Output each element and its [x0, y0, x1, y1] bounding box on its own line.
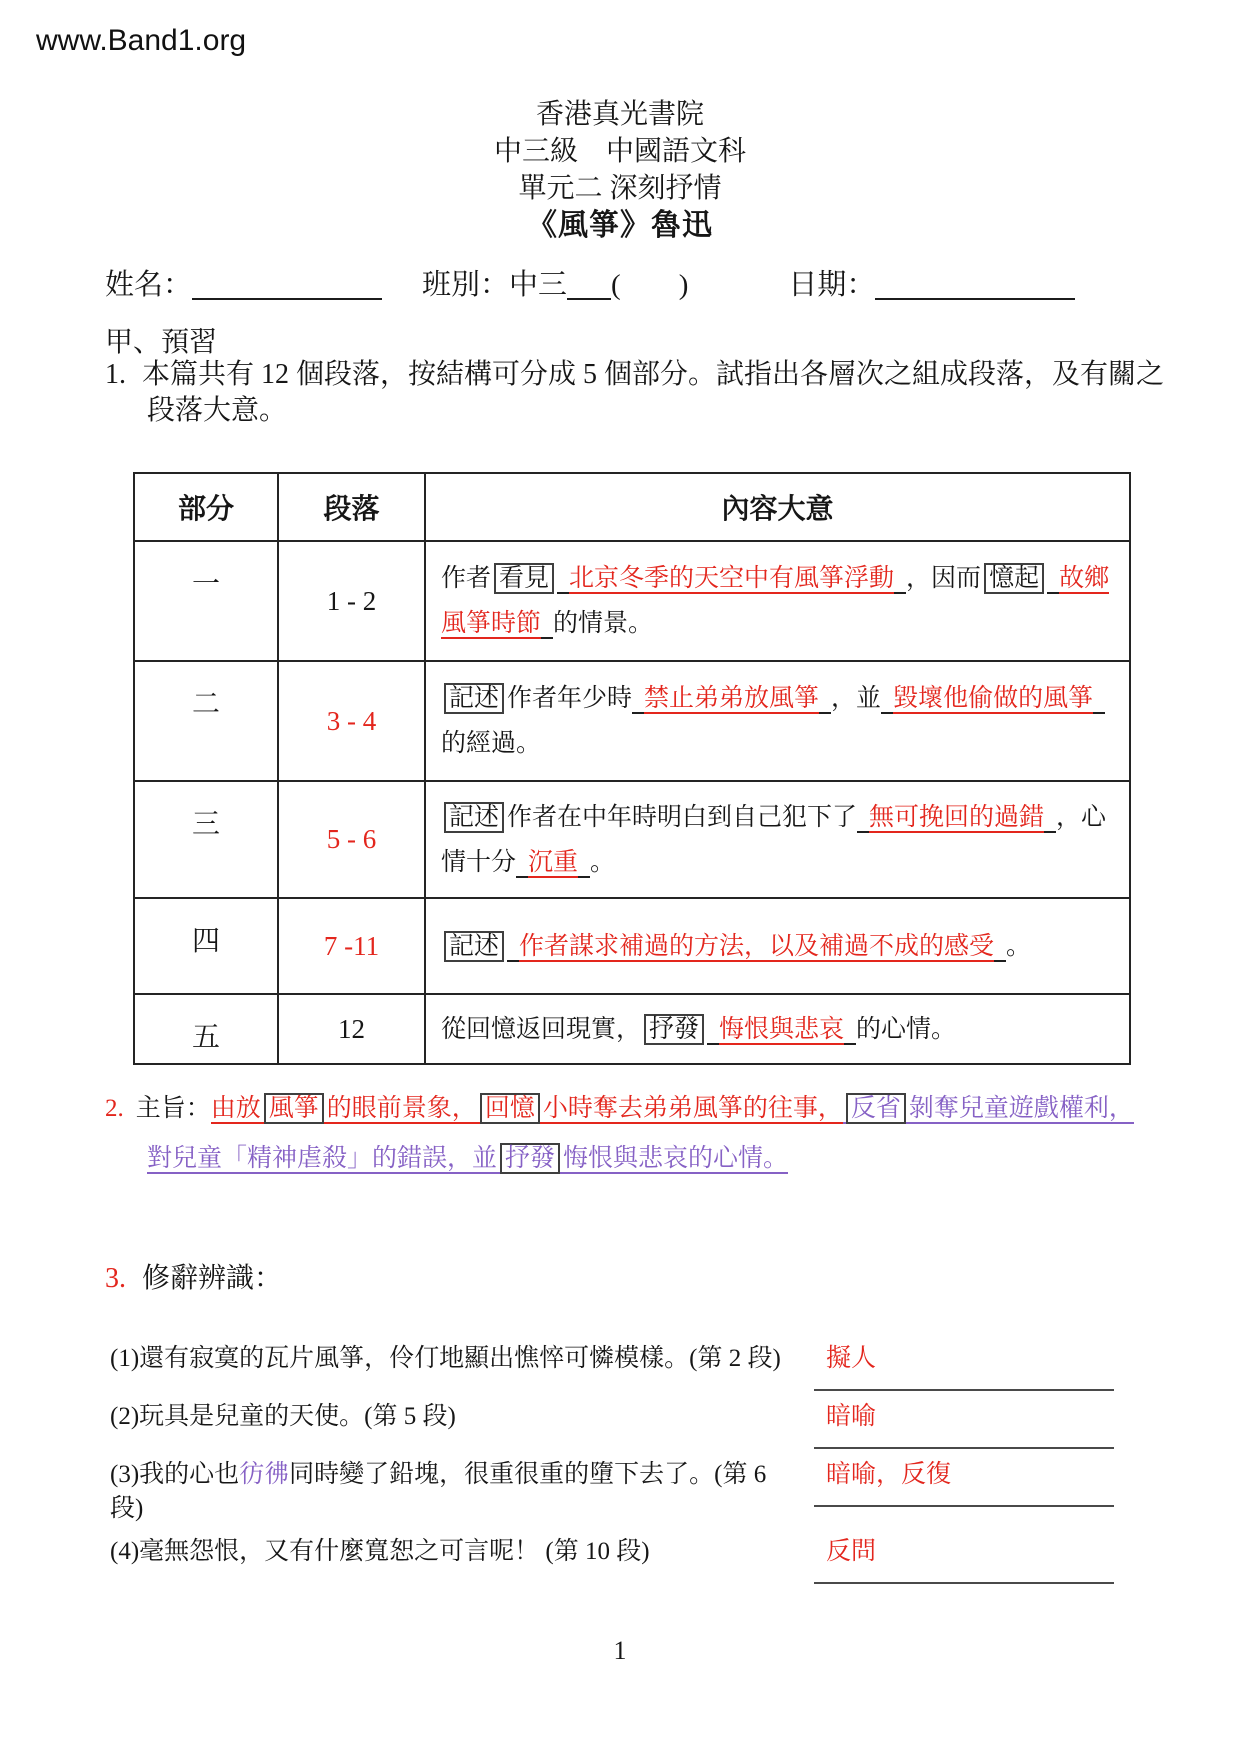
question-3-heading: 3.修辭辨識： — [105, 1256, 282, 1296]
answer-text: 禁止弟弟放風箏 — [644, 685, 819, 714]
text-segment: 的眼前景象， — [327, 1095, 477, 1122]
school-name: 香港真光書院 — [0, 96, 1240, 133]
rhetoric-item-3: (3)我的心也彷彿同時變了鉛塊，很重很重的墮下去了。(第 6 段) 暗喻，反復 — [110, 1456, 1122, 1526]
boxed-term: 記述 — [444, 683, 504, 714]
cell-summary: 作者看見北京冬季的天空中有風箏浮動，因而憶起故鄉風箏時節的情景。 — [425, 541, 1130, 661]
cell-part: 五 — [134, 994, 278, 1064]
rhetoric-item-2: (2)玩具是兒童的天使。(第 5 段) 暗喻 — [110, 1398, 1122, 1449]
text-segment: ，並 — [831, 685, 881, 712]
rhetoric-answer-line: 擬人 — [814, 1340, 1114, 1391]
rhetoric-question: (4)毫無怨恨，又有什麼寬恕之可言呢！ (第 10 段) — [110, 1533, 802, 1569]
class-input-line[interactable] — [567, 268, 611, 300]
boxed-term: 記述 — [444, 931, 504, 962]
q3-number: 3. — [105, 1263, 126, 1294]
structure-table: 部分 段落 內容大意 一1 - 2作者看見北京冬季的天空中有風箏浮動，因而憶起故… — [133, 472, 1131, 1065]
boxed-term: 看見 — [494, 563, 554, 594]
answer-blank: 禁止弟弟放風箏 — [632, 685, 831, 714]
answer-purple-group: 反省剝奪兒童遊戲權利， — [843, 1095, 1134, 1124]
text-segment: 。 — [590, 849, 615, 876]
cell-paragraphs: 1 - 2 — [278, 541, 425, 661]
text-segment: 剝奪兒童遊戲權利， — [909, 1095, 1134, 1122]
student-info-line: 姓名：班別：中三( )日期： — [105, 262, 1075, 303]
boxed-term: 憶起 — [984, 563, 1044, 594]
boxed-term: 回憶 — [480, 1093, 540, 1124]
q2-number: 2. — [105, 1095, 124, 1122]
q2-label: 主旨： — [136, 1095, 211, 1122]
cell-part: 一 — [134, 541, 278, 661]
answer-text: 毀壞他偷做的風箏 — [893, 685, 1093, 714]
answer-red-group: 由放風箏的眼前景象，回憶小時奪去弟弟風箏的往事， — [211, 1095, 843, 1124]
boxed-term: 風箏 — [264, 1093, 324, 1124]
answer-text: 北京冬季的天空中有風箏浮動 — [569, 565, 894, 594]
table-row: 四7 -11記述作者謀求補過的方法，以及補過不成的感受。 — [134, 898, 1130, 994]
col-header-part: 部分 — [134, 473, 278, 541]
table-row: 五12從回憶返回現實，抒發悔恨與悲哀的心情。 — [134, 994, 1130, 1064]
rhetoric-question: (3)我的心也彷彿同時變了鉛塊，很重很重的墮下去了。(第 6 段) — [110, 1456, 802, 1526]
text-segment: 。 — [1006, 933, 1031, 960]
class-label: 班別：中三 — [422, 269, 567, 301]
rhetoric-answer: 暗喻，反復 — [826, 1461, 951, 1488]
name-label: 姓名： — [105, 269, 192, 301]
text-segment: 由放 — [211, 1095, 261, 1122]
answer-text: 悔恨與悲哀 — [719, 1016, 844, 1045]
date-input-line[interactable] — [875, 268, 1075, 300]
rhetoric-answer: 反問 — [826, 1538, 876, 1565]
table-row: 一1 - 2作者看見北京冬季的天空中有風箏浮動，因而憶起故鄉風箏時節的情景。 — [134, 541, 1130, 661]
rhetoric-answer: 擬人 — [826, 1345, 876, 1372]
cell-paragraphs: 12 — [278, 994, 425, 1064]
rhetoric-item-4: (4)毫無怨恨，又有什麼寬恕之可言呢！ (第 10 段) 反問 — [110, 1533, 1122, 1584]
rhetoric-answer-line: 暗喻 — [814, 1398, 1114, 1449]
answer-purple-group: 對兒童「精神虐殺」的錯誤，並抒發悔恨與悲哀的心情。 — [147, 1145, 788, 1174]
table-header-row: 部分 段落 內容大意 — [134, 473, 1130, 541]
date-label: 日期： — [788, 269, 875, 301]
table-row: 三5 - 6記述作者在中年時明白到自己犯下了無可挽回的過錯，心情十分沉重。 — [134, 781, 1130, 898]
rhetoric-answer-line: 反問 — [814, 1533, 1114, 1584]
answer-blank: 北京冬季的天空中有風箏浮動 — [557, 565, 906, 594]
watermark: www.Band1.org — [36, 24, 246, 58]
boxed-term: 記述 — [444, 802, 504, 833]
q2-theme-answer: 由放風箏的眼前景象，回憶小時奪去弟弟風箏的往事，反省剝奪兒童遊戲權利，對兒童「精… — [147, 1095, 1134, 1174]
cell-part: 四 — [134, 898, 278, 994]
cell-summary: 記述作者年少時禁止弟弟放風箏，並毀壞他偷做的風箏的經過。 — [425, 661, 1130, 781]
answer-blank: 毀壞他偷做的風箏 — [881, 685, 1105, 714]
q3-label: 修辭辨識： — [142, 1263, 282, 1294]
rhetoric-item-1: (1)還有寂寞的瓦片風箏，伶仃地顯出憔悴可憐模樣。(第 2 段) 擬人 — [110, 1340, 1122, 1391]
unit-title: 單元二 深刻抒情 — [0, 170, 1240, 207]
answer-blank: 作者謀求補過的方法，以及補過不成的感受 — [507, 933, 1006, 962]
cell-part: 二 — [134, 661, 278, 781]
question-1: 1.本篇共有 12 個段落，按結構可分成 5 個部分。試指出各層次之組成段落，及… — [105, 357, 1173, 429]
text-segment: (3)我的心也 — [110, 1461, 239, 1488]
name-input-line[interactable] — [192, 268, 382, 300]
title-block: 香港真光書院 中三級 中國語文科 單元二 深刻抒情 《風箏》魯迅 — [0, 96, 1240, 244]
text-segment: 作者 — [441, 565, 491, 592]
page-number: 1 — [0, 1636, 1240, 1666]
grade-subject: 中三級 中國語文科 — [0, 133, 1240, 170]
boxed-term: 抒發 — [644, 1014, 704, 1045]
document-title: 《風箏》魯迅 — [0, 207, 1240, 244]
text-segment: 悔恨與悲哀的心情。 — [563, 1145, 788, 1172]
answer-blank: 悔恨與悲哀 — [707, 1016, 856, 1045]
answer-blank: 沉重 — [516, 849, 590, 878]
answer-text: 作者謀求補過的方法，以及補過不成的感受 — [519, 933, 994, 962]
text-segment: ，因而 — [906, 565, 981, 592]
cell-paragraphs: 3 - 4 — [278, 661, 425, 781]
q1-text: 本篇共有 12 個段落，按結構可分成 5 個部分。試指出各層次之組成段落，及有關… — [142, 359, 1164, 426]
text-segment: (4)毫無怨恨，又有什麼寬恕之可言呢！ (第 10 段) — [110, 1538, 650, 1565]
text-segment: 彷彿 — [239, 1461, 289, 1488]
cell-summary: 記述作者在中年時明白到自己犯下了無可挽回的過錯，心情十分沉重。 — [425, 781, 1130, 898]
rhetoric-list: (1)還有寂寞的瓦片風箏，伶仃地顯出憔悴可憐模樣。(第 2 段) 擬人 (2)玩… — [110, 1340, 1122, 1591]
answer-text: 無可挽回的過錯 — [869, 804, 1044, 833]
answer-blank: 無可挽回的過錯 — [857, 804, 1056, 833]
text-segment: 的心情。 — [856, 1016, 956, 1043]
text-segment: 從回憶返回現實， — [441, 1016, 641, 1043]
text-segment: (1)還有寂寞的瓦片風箏，伶仃地顯出憔悴可憐模樣。(第 2 段) — [110, 1345, 781, 1372]
q1-number: 1. — [105, 359, 126, 390]
question-2: 2.主旨：由放風箏的眼前景象，回憶小時奪去弟弟風箏的往事，反省剝奪兒童遊戲權利，… — [105, 1084, 1193, 1184]
text-segment: 作者在中年時明白到自己犯下了 — [507, 804, 857, 831]
text-segment: 小時奪去弟弟風箏的往事， — [543, 1095, 843, 1122]
class-paren: ( ) — [611, 269, 688, 301]
cell-summary: 記述作者謀求補過的方法，以及補過不成的感受。 — [425, 898, 1130, 994]
col-header-paragraphs: 段落 — [278, 473, 425, 541]
rhetoric-question: (2)玩具是兒童的天使。(第 5 段) — [110, 1398, 802, 1434]
boxed-term: 反省 — [846, 1093, 906, 1124]
cell-part: 三 — [134, 781, 278, 898]
text-segment: (2)玩具是兒童的天使。(第 5 段) — [110, 1403, 456, 1430]
col-header-summary: 內容大意 — [425, 473, 1130, 541]
worksheet-page: www.Band1.org 香港真光書院 中三級 中國語文科 單元二 深刻抒情 … — [0, 0, 1240, 1754]
rhetoric-question: (1)還有寂寞的瓦片風箏，伶仃地顯出憔悴可憐模樣。(第 2 段) — [110, 1340, 802, 1376]
boxed-term: 抒發 — [500, 1143, 560, 1174]
text-segment: 的經過。 — [441, 730, 541, 757]
text-segment: 作者年少時 — [507, 685, 632, 712]
section-a-heading: 甲、預習 — [105, 320, 217, 360]
cell-summary: 從回憶返回現實，抒發悔恨與悲哀的心情。 — [425, 994, 1130, 1064]
rhetoric-answer: 暗喻 — [826, 1403, 876, 1430]
answer-text: 沉重 — [528, 849, 578, 878]
rhetoric-answer-line: 暗喻，反復 — [814, 1456, 1114, 1507]
table-row: 二3 - 4記述作者年少時禁止弟弟放風箏，並毀壞他偷做的風箏的經過。 — [134, 661, 1130, 781]
cell-paragraphs: 7 -11 — [278, 898, 425, 994]
cell-paragraphs: 5 - 6 — [278, 781, 425, 898]
text-segment: 對兒童「精神虐殺」的錯誤，並 — [147, 1145, 497, 1172]
text-segment: 的情景。 — [553, 610, 653, 637]
